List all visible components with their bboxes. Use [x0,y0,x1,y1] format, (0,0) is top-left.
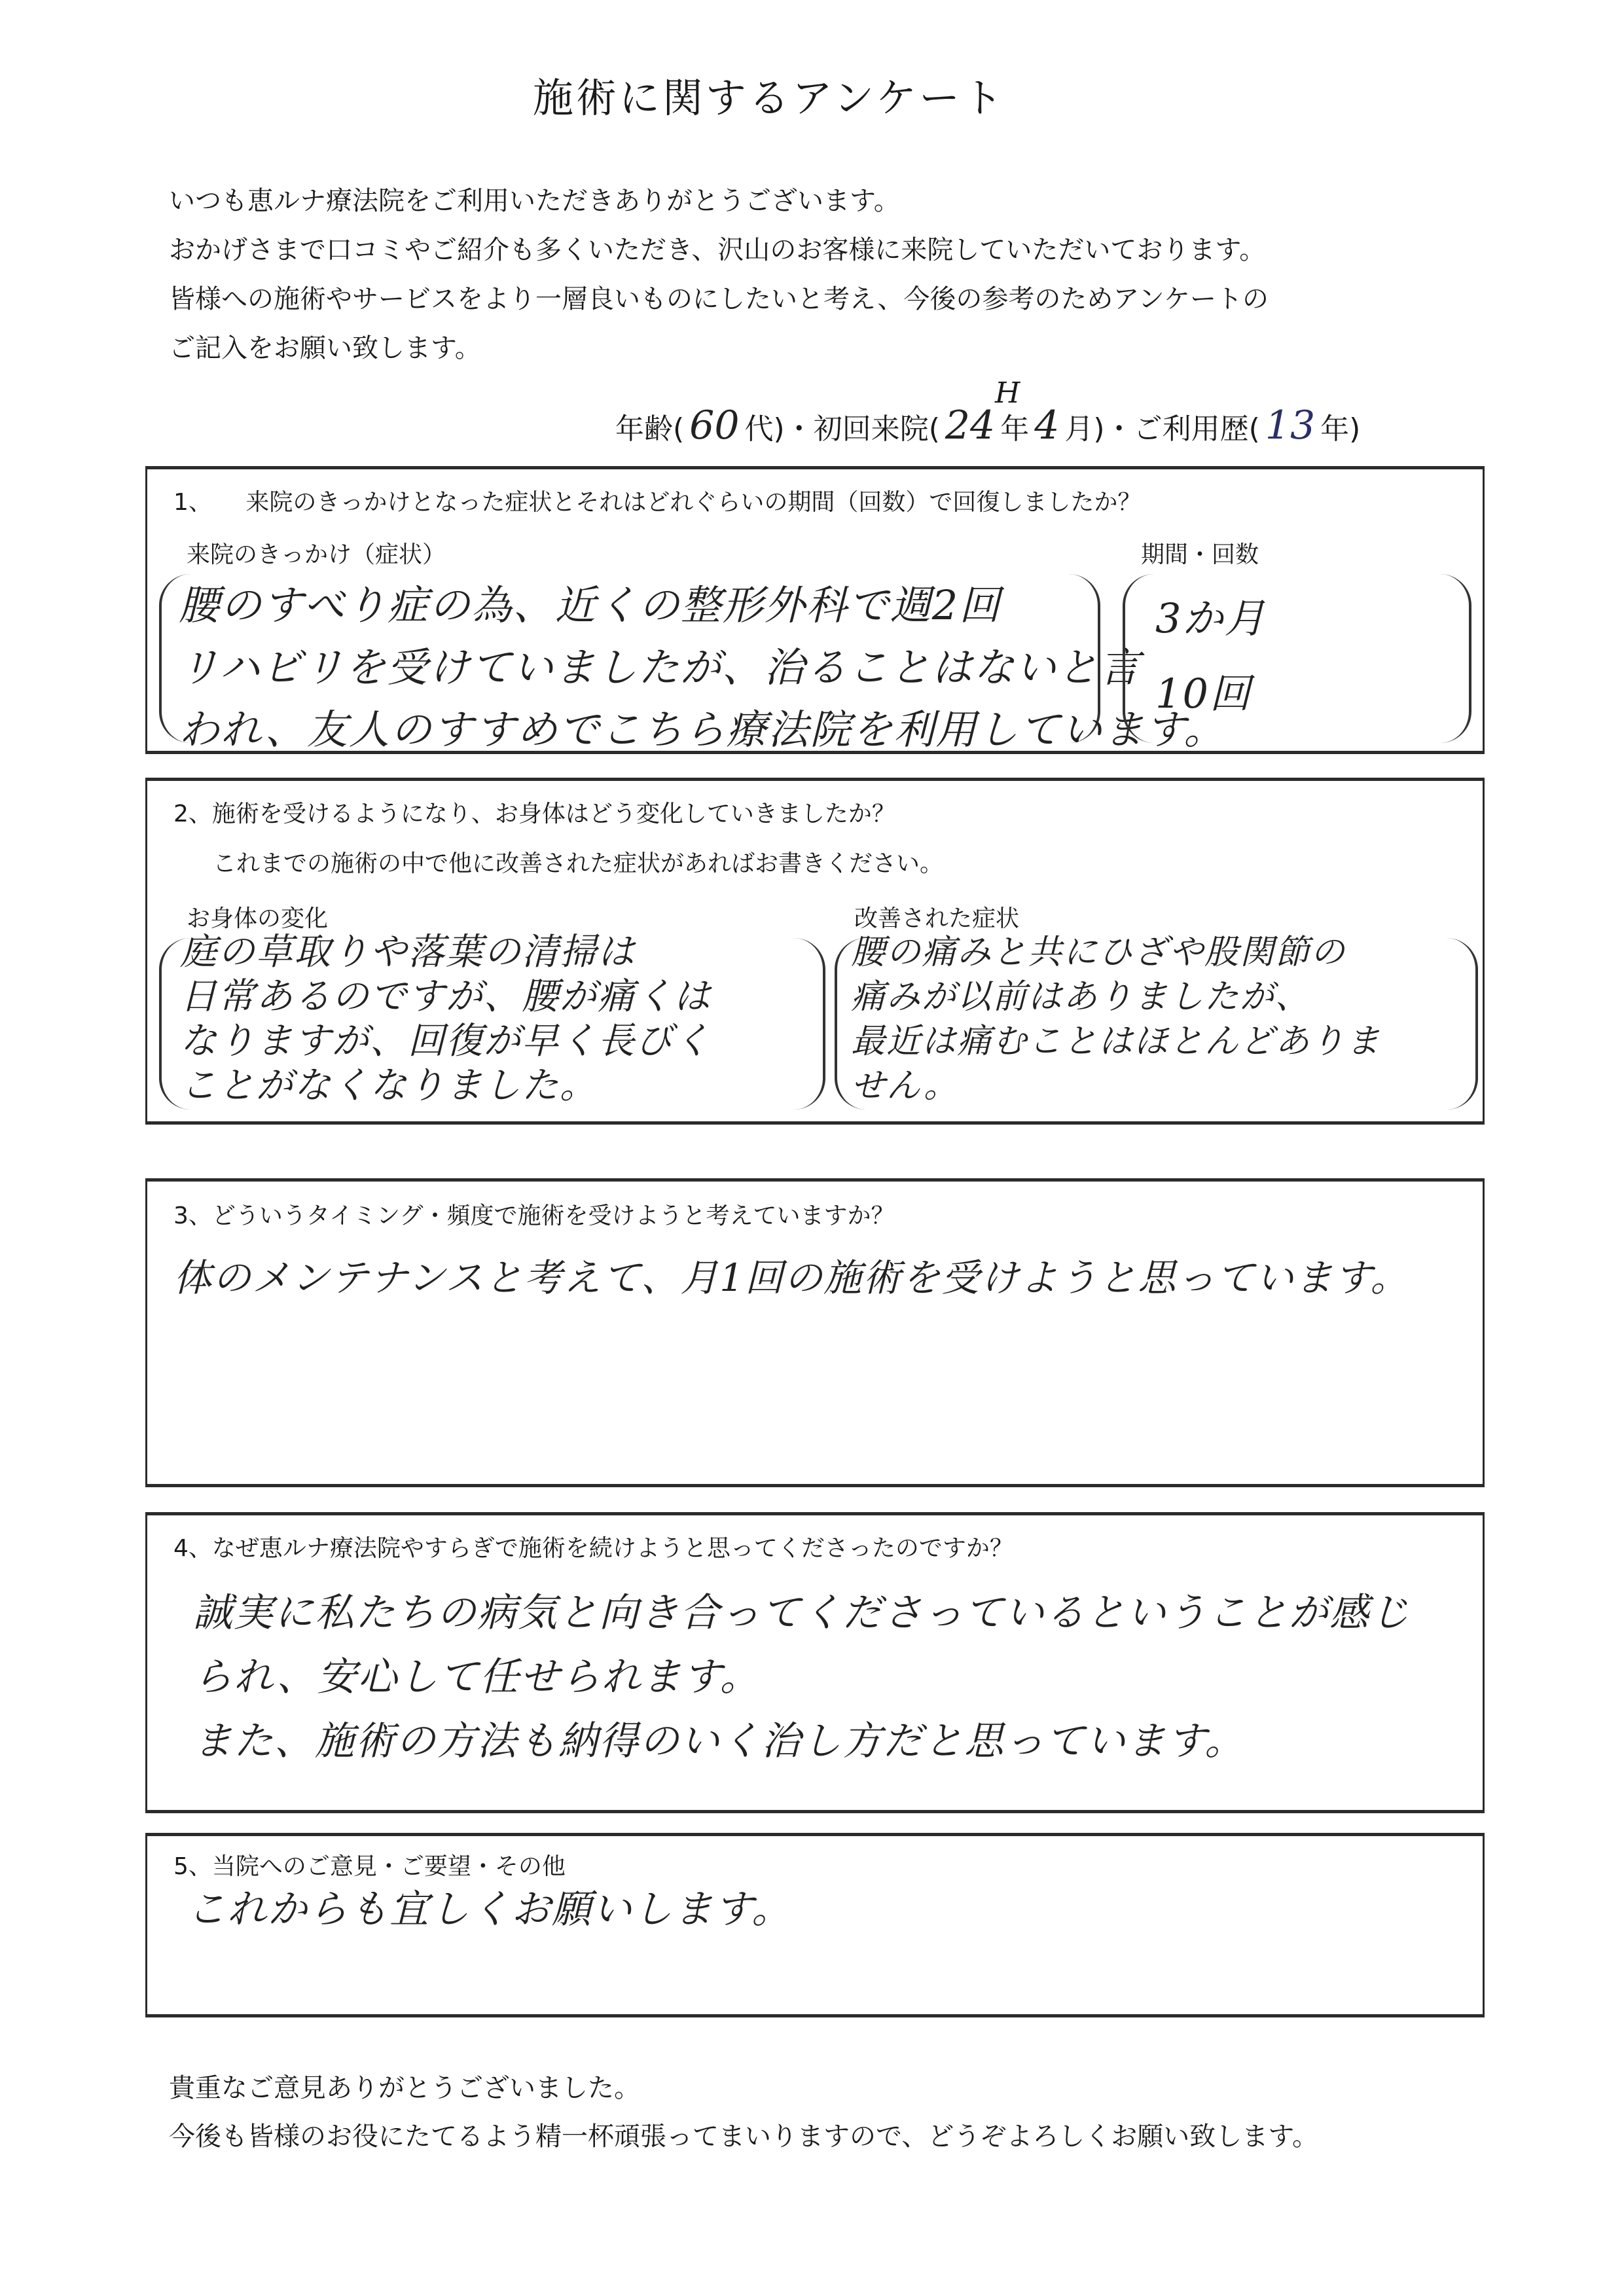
age-value: 60 [684,403,744,448]
survey-title: 施術に関するアンケート [0,65,1538,124]
answer-line: せん。 [851,1064,1381,1108]
period-answer: 3か月 10回 [1155,581,1266,731]
question-number: 5、 [173,1853,212,1880]
question-2-subtext: これまでの施術の中で他に改善された症状があればお書きください。 [213,845,943,878]
question-label: 来院のきっかけとなった症状とそれはどれぐらいの期間（回数）で回復しましたか？ [245,489,1141,516]
year-label: 年 [1000,412,1029,446]
answer-line: 日常あるのですが、腰が痛くは [180,975,712,1019]
question-1-text: 1、 来院のきっかけとなった症状とそれはどれぐらいの期間（回数）で回復しましたか… [173,484,1141,517]
usage-suffix: 年) [1320,412,1360,446]
question-label: なぜ恵ルナ療法院やすらぎで施術を続けようと思ってくださったのですか？ [212,1535,1013,1562]
question-number: 3、 [173,1202,212,1229]
intro-line: いつも恵ルナ療法院をご利用いただきありがとうございます。 [169,177,1269,226]
answer-line: 庭の草取りや落葉の清掃は [180,930,712,975]
question-5-box: 5、当院へのご意見・ご要望・その他 これからも宜しくお願いします。 [145,1833,1485,2017]
period-label: 期間・回数 [1141,536,1259,569]
footer-thanks: 貴重なご意見ありがとうございました。 [169,2067,640,2105]
answer-line: 誠実に私たちの病気と向き合ってくださっているということが感じ [193,1581,1411,1645]
answer-line: 3か月 [1155,581,1266,656]
intro-line: おかげさまで口コミやご紹介も多くいただき、沢山のお客様に来院していただいておりま… [169,226,1269,275]
answer-line: リハビリを受けていましたが、治ることはないと言 [179,636,1225,698]
question-3-text: 3、どういうタイミング・頻度で施術を受けようと考えていますか？ [173,1197,894,1231]
improved-symptom-label: 改善された症状 [854,900,1019,933]
respondent-info: 年齢(60代)・初回来院(24年4月)・ご利用歴(13年) [615,403,1360,448]
answer-line: 痛みが以前はありましたが、 [851,975,1381,1019]
question-label: どういうタイミング・頻度で施術を受けようと考えていますか？ [212,1202,895,1229]
question-3-answer: 体のメンテナンスと考えて、月1回の施術を受けようと思っています。 [173,1247,1409,1309]
question-label: 当院へのご意見・ご要望・その他 [212,1853,566,1880]
question-5-text: 5、当院へのご意見・ご要望・その他 [173,1848,566,1881]
usage-years: 13 [1260,403,1320,448]
question-3-box: 3、どういうタイミング・頻度で施術を受けようと考えていますか？ 体のメンテナンス… [145,1178,1485,1487]
symptom-answer: 腰のすべり症の為、近くの整形外科で週2回 リハビリを受けていましたが、治ることは… [179,574,1225,761]
question-4-box: 4、なぜ恵ルナ療法院やすらぎで施術を続けようと思ってくださったのですか？ 誠実に… [145,1512,1485,1813]
first-visit-label: 代)・初回来院( [745,412,940,446]
question-4-answer: 誠実に私たちの病気と向き合ってくださっているということが感じ られ、安心して任せ… [193,1581,1411,1773]
improved-symptom-answer: 腰の痛みと共にひざや股関節の 痛みが以前はありましたが、 最近は痛むことはほとん… [851,930,1381,1108]
body-change-answer: 庭の草取りや落葉の清掃は 日常あるのですが、腰が痛くは なりますが、回復が早く長… [180,930,712,1108]
answer-line: 最近は痛むことはほとんどありま [851,1019,1381,1064]
body-change-label: お身体の変化 [187,900,328,933]
question-2-box: 2、施術を受けるようになり、お身体はどう変化していきましたか？ これまでの施術の… [145,778,1485,1125]
symptom-label: 来院のきっかけ（症状） [187,536,446,569]
question-number: 4、 [173,1535,212,1562]
answer-line: 体のメンテナンスと考えて、月1回の施術を受けようと思っています。 [173,1247,1409,1309]
question-number: 1、 [173,489,212,516]
usage-label: 月)・ご利用歴( [1064,412,1259,446]
answer-line: われ、友人のすすめでこちら療法院を利用しています。 [179,698,1225,761]
question-5-answer: これからも宜しくお願いします。 [187,1879,792,1941]
first-visit-year: 24 [940,403,1000,448]
question-4-text: 4、なぜ恵ルナ療法院やすらぎで施術を続けようと思ってくださったのですか？ [173,1530,1013,1563]
intro-text: いつも恵ルナ療法院をご利用いただきありがとうございます。 おかげさまで口コミやご… [169,177,1269,373]
intro-line: ご記入をお願い致します。 [169,324,1269,373]
answer-line: 10回 [1155,656,1266,731]
age-label: 年齢( [615,412,684,446]
question-2-text: 2、施術を受けるようになり、お身体はどう変化していきましたか？ [173,795,895,829]
answer-line: また、施術の方法も納得のいく治し方だと思っています。 [193,1709,1411,1773]
answer-line: これからも宜しくお願いします。 [187,1879,792,1941]
answer-line: られ、安心して任せられます。 [193,1645,1411,1709]
intro-line: 皆様への施術やサービスをより一層良いものにしたいと考え、今後の参考のためアンケー… [169,275,1269,324]
answer-line: 腰の痛みと共にひざや股関節の [851,930,1381,975]
first-visit-month: 4 [1029,403,1064,448]
answer-line: ことがなくなりました。 [180,1064,712,1108]
question-label: 施術を受けるようになり、お身体はどう変化していきましたか？ [212,801,895,827]
answer-line: なりますが、回復が早く長びく [180,1019,712,1064]
answer-line: 腰のすべり症の為、近くの整形外科で週2回 [179,574,1225,636]
footer-closing: 今後も皆様のお役にたてるよう精一杯頑張ってまいりますので、どうぞよろしくお願い致… [169,2116,1318,2153]
question-1-box: 1、 来院のきっかけとなった症状とそれはどれぐらいの期間（回数）で回復しましたか… [145,466,1485,754]
question-number: 2、 [173,801,212,827]
